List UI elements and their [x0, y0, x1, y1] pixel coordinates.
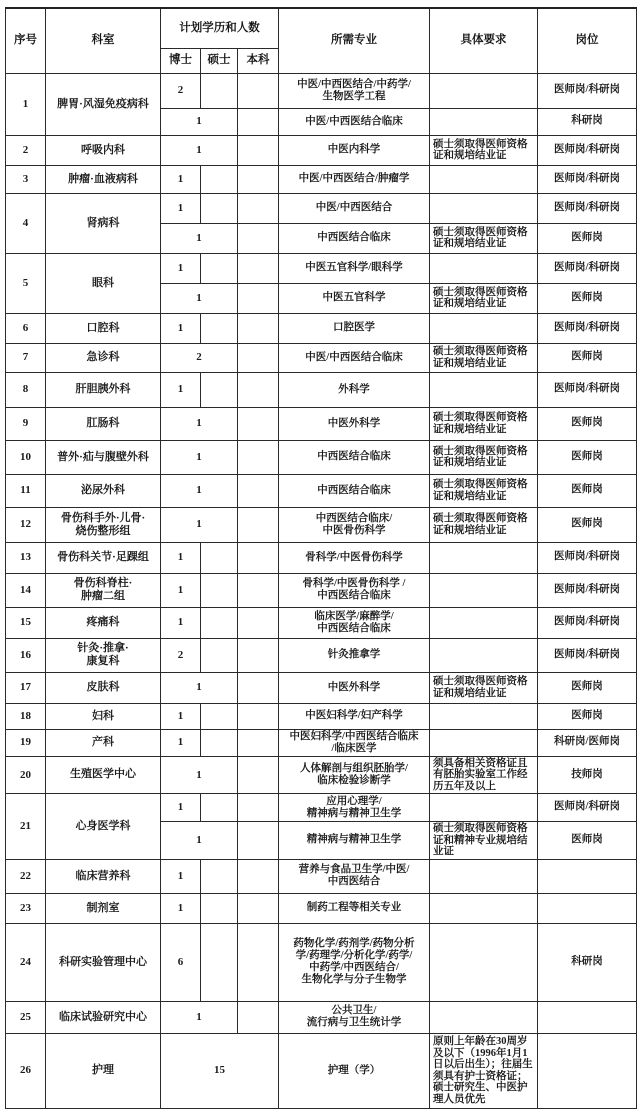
cell-count-phd-ms: 1: [161, 108, 238, 135]
table-row: 10普外·疝与腹壁外科1中西医结合临床硕士须取得医师资格证和规培结业证医师岗: [6, 440, 637, 474]
header-post: 岗位: [538, 8, 637, 73]
cell-serial: 6: [6, 313, 46, 343]
cell-count-bs: [238, 573, 279, 607]
cell-post: 医师岗/科研岗: [538, 253, 637, 283]
cell-count-bs: [238, 343, 279, 372]
cell-post: 技师岗: [538, 756, 637, 794]
cell-major: 临床医学/麻醉学/ 中西医结合临床: [279, 607, 430, 638]
cell-requirement: [430, 893, 538, 923]
cell-count-bs: [238, 1001, 279, 1033]
cell-count-bs: [238, 729, 279, 756]
cell-post: 医师岗/科研岗: [538, 193, 637, 223]
cell-count-ms: [201, 193, 238, 223]
cell-serial: 25: [6, 1001, 46, 1033]
cell-count-phd-ms: 1: [161, 474, 238, 507]
cell-major: 人体解剖与组织胚胎学/ 临床检验诊断学: [279, 756, 430, 794]
cell-major: 中医外科学: [279, 407, 430, 440]
cell-post: [538, 1001, 637, 1033]
cell-requirement: [430, 108, 538, 135]
table-row: 20生殖医学中心1人体解剖与组织胚胎学/ 临床检验诊断学须具备相关资格证且有胚胎…: [6, 756, 637, 794]
cell-post: [538, 859, 637, 893]
cell-count-bs: [238, 108, 279, 135]
cell-count-ms: [201, 542, 238, 573]
cell-post: 医师岗/科研岗: [538, 135, 637, 165]
header-bs: 本科: [238, 48, 279, 73]
table-row: 17皮肤科1中医外科学硕士须取得医师资格证和规培结业证医师岗: [6, 672, 637, 703]
cell-count-bs: [238, 638, 279, 672]
cell-serial: 20: [6, 756, 46, 794]
cell-count-phd-ms: 1: [161, 223, 238, 253]
cell-department: 心身医学科: [46, 794, 161, 860]
cell-requirement: [430, 729, 538, 756]
recruitment-table: 序号 科室 计划学历和人数 所需专业 具体要求 岗位 博士 硕士 本科 1脾胃·…: [5, 7, 637, 1109]
cell-major: 中医妇科学/妇产科学: [279, 703, 430, 729]
cell-count-ms: [201, 607, 238, 638]
cell-post: 医师岗: [538, 407, 637, 440]
cell-requirement: [430, 193, 538, 223]
cell-post: 医师岗/科研岗: [538, 313, 637, 343]
cell-serial: 17: [6, 672, 46, 703]
cell-major: 中医/中西医结合/中药学/ 生物医学工程: [279, 73, 430, 108]
cell-post: 医师岗/科研岗: [538, 372, 637, 407]
cell-serial: 11: [6, 474, 46, 507]
cell-major: 中西医结合临床: [279, 223, 430, 253]
cell-count-bs: [238, 283, 279, 313]
cell-count-phd-ms: 1: [161, 440, 238, 474]
cell-major: 精神病与精神卫生学: [279, 822, 430, 860]
cell-post: 医师岗/科研岗: [538, 607, 637, 638]
cell-count-bs: [238, 135, 279, 165]
cell-count-bs: [238, 407, 279, 440]
cell-requirement: 硕士须取得医师资格证和规培结业证: [430, 672, 538, 703]
cell-count-phd-ms: 2: [161, 343, 238, 372]
cell-count-phd: 1: [161, 729, 201, 756]
header-department: 科室: [46, 8, 161, 73]
cell-major: 制药工程等相关专业: [279, 893, 430, 923]
cell-count-phd: 1: [161, 542, 201, 573]
cell-department: 产科: [46, 729, 161, 756]
cell-post: 医师岗: [538, 703, 637, 729]
header-major: 所需专业: [279, 8, 430, 73]
cell-count-bs: [238, 372, 279, 407]
cell-department: 生殖医学中心: [46, 756, 161, 794]
cell-requirement: 硕士须取得医师资格证和规培结业证: [430, 440, 538, 474]
cell-count-phd: 1: [161, 313, 201, 343]
table-row: 9肛肠科1中医外科学硕士须取得医师资格证和规培结业证医师岗: [6, 407, 637, 440]
cell-serial: 7: [6, 343, 46, 372]
cell-requirement: 硕士须取得医师资格证和规培结业证: [430, 507, 538, 542]
cell-department: 肛肠科: [46, 407, 161, 440]
cell-requirement: [430, 638, 538, 672]
cell-department: 口腔科: [46, 313, 161, 343]
cell-requirement: [430, 607, 538, 638]
cell-count-phd: 1: [161, 372, 201, 407]
cell-major: 公共卫生/ 流行病与卫生统计学: [279, 1001, 430, 1033]
cell-serial: 14: [6, 573, 46, 607]
cell-post: 医师岗: [538, 672, 637, 703]
table-row: 3肿瘤·血液病科1中医/中西医结合/肿瘤学医师岗/科研岗: [6, 165, 637, 193]
table-row: 15疼痛科1临床医学/麻醉学/ 中西医结合临床医师岗/科研岗: [6, 607, 637, 638]
cell-department: 骨伤科脊柱· 肿瘤二组: [46, 573, 161, 607]
cell-major: 中西医结合临床: [279, 474, 430, 507]
cell-requirement: 硕士须取得医师资格证和规培结业证: [430, 343, 538, 372]
cell-department: 泌尿外科: [46, 474, 161, 507]
cell-requirement: 硕士须取得医师资格证和规培结业证: [430, 283, 538, 313]
cell-major: 护理（学）: [279, 1033, 430, 1108]
cell-department: 临床营养科: [46, 859, 161, 893]
table-row: 2呼吸内科1中医内科学硕士须取得医师资格证和规培结业证医师岗/科研岗: [6, 135, 637, 165]
cell-count-phd: 1: [161, 893, 201, 923]
cell-count-phd-ms: 1: [161, 407, 238, 440]
cell-post: 医师岗: [538, 440, 637, 474]
cell-major: 口腔医学: [279, 313, 430, 343]
table-row: 7急诊科2中医/中西医结合临床硕士须取得医师资格证和规培结业证医师岗: [6, 343, 637, 372]
cell-count-ms: [201, 859, 238, 893]
cell-department: 皮肤科: [46, 672, 161, 703]
table-row: 25临床试验研究中心1公共卫生/ 流行病与卫生统计学: [6, 1001, 637, 1033]
table-header: 序号 科室 计划学历和人数 所需专业 具体要求 岗位 博士 硕士 本科: [6, 8, 637, 73]
cell-major: 中医/中西医结合: [279, 193, 430, 223]
cell-count-bs: [238, 165, 279, 193]
cell-serial: 21: [6, 794, 46, 860]
table-row: 19产科1中医妇科学/中西医结合临床 /临床医学科研岗/医师岗: [6, 729, 637, 756]
cell-major: 针灸推拿学: [279, 638, 430, 672]
cell-requirement: [430, 573, 538, 607]
cell-requirement: [430, 794, 538, 822]
header-serial: 序号: [6, 8, 46, 73]
cell-requirement: [430, 253, 538, 283]
table-body: 1脾胃·风湿免疫病科2中医/中西医结合/中药学/ 生物医学工程医师岗/科研岗1中…: [6, 73, 637, 1108]
cell-major: 中医五官科学/眼科学: [279, 253, 430, 283]
cell-count-bs: [238, 703, 279, 729]
cell-post: 科研岗: [538, 108, 637, 135]
cell-requirement: [430, 372, 538, 407]
table-row: 1脾胃·风湿免疫病科2中医/中西医结合/中药学/ 生物医学工程医师岗/科研岗: [6, 73, 637, 108]
cell-post: 医师岗: [538, 223, 637, 253]
cell-count-phd-ms: 1: [161, 822, 238, 860]
cell-department: 制剂室: [46, 893, 161, 923]
table-row: 13骨伤科关节·足踝组1骨科学/中医骨伤科学医师岗/科研岗: [6, 542, 637, 573]
cell-serial: 5: [6, 253, 46, 313]
cell-count-phd: 1: [161, 794, 201, 822]
cell-serial: 22: [6, 859, 46, 893]
recruitment-table-page: 序号 科室 计划学历和人数 所需专业 具体要求 岗位 博士 硕士 本科 1脾胃·…: [0, 0, 640, 1109]
table-row: 14骨伤科脊柱· 肿瘤二组1骨科学/中医骨伤科学 / 中西医结合临床医师岗/科研…: [6, 573, 637, 607]
cell-post: 医师岗: [538, 343, 637, 372]
cell-count-ms: [201, 703, 238, 729]
cell-count-ms: [201, 794, 238, 822]
cell-post: 科研岗/医师岗: [538, 729, 637, 756]
cell-post: 科研岗: [538, 923, 637, 1001]
table-row: 24科研实验管理中心6药物化学/药剂学/药物分析 学/药理学/分析化学/药学/ …: [6, 923, 637, 1001]
cell-post: 医师岗/科研岗: [538, 73, 637, 108]
cell-serial: 12: [6, 507, 46, 542]
cell-major: 外科学: [279, 372, 430, 407]
cell-requirement: [430, 165, 538, 193]
cell-post: [538, 1033, 637, 1108]
cell-department: 骨伤科手外·儿骨· 烧伤整形组: [46, 507, 161, 542]
cell-count-bs: [238, 822, 279, 860]
cell-post: 医师岗/科研岗: [538, 573, 637, 607]
cell-major: 中医五官科学: [279, 283, 430, 313]
cell-serial: 16: [6, 638, 46, 672]
cell-count-ms: [201, 573, 238, 607]
cell-count-phd: 1: [161, 193, 201, 223]
cell-serial: 10: [6, 440, 46, 474]
cell-serial: 2: [6, 135, 46, 165]
cell-count-bs: [238, 253, 279, 283]
cell-requirement: [430, 313, 538, 343]
cell-serial: 9: [6, 407, 46, 440]
cell-requirement: [430, 859, 538, 893]
cell-major: 中医妇科学/中西医结合临床 /临床医学: [279, 729, 430, 756]
table-row: 5眼科1中医五官科学/眼科学医师岗/科研岗: [6, 253, 637, 283]
cell-count-phd-ms: 1: [161, 507, 238, 542]
cell-count-bs: [238, 893, 279, 923]
cell-department: 护理: [46, 1033, 161, 1108]
cell-requirement: [430, 703, 538, 729]
cell-department: 肝胆胰外科: [46, 372, 161, 407]
table-row: 21心身医学科1应用心理学/ 精神病与精神卫生学医师岗/科研岗: [6, 794, 637, 822]
table-row: 16针灸·推拿· 康复科2针灸推拿学医师岗/科研岗: [6, 638, 637, 672]
cell-post: 医师岗/科研岗: [538, 794, 637, 822]
header-plan: 计划学历和人数: [161, 8, 279, 48]
cell-count-bs: [238, 923, 279, 1001]
cell-requirement: 硕士须取得医师资格证和规培结业证: [430, 474, 538, 507]
cell-count-bs: [238, 507, 279, 542]
cell-department: 骨伤科关节·足踝组: [46, 542, 161, 573]
cell-serial: 26: [6, 1033, 46, 1108]
cell-major: 中西医结合临床: [279, 440, 430, 474]
cell-count-bs: [238, 193, 279, 223]
cell-count-bs: [238, 440, 279, 474]
table-row: 4肾病科1中医/中西医结合医师岗/科研岗: [6, 193, 637, 223]
cell-count-phd: 1: [161, 703, 201, 729]
cell-serial: 8: [6, 372, 46, 407]
cell-count-ms: [201, 73, 238, 108]
cell-count-ms: [201, 165, 238, 193]
header-row-1: 序号 科室 计划学历和人数 所需专业 具体要求 岗位: [6, 8, 637, 48]
cell-requirement: 须具备相关资格证且有胚胎实验室工作经历五年及以上: [430, 756, 538, 794]
cell-major: 中医/中西医结合/肿瘤学: [279, 165, 430, 193]
cell-department: 脾胃·风湿免疫病科: [46, 73, 161, 135]
cell-count-ms: [201, 372, 238, 407]
cell-requirement: 硕士须取得医师资格证和规培结业证: [430, 223, 538, 253]
cell-department: 眼科: [46, 253, 161, 313]
cell-department: 普外·疝与腹壁外科: [46, 440, 161, 474]
cell-serial: 24: [6, 923, 46, 1001]
header-ms: 硕士: [201, 48, 238, 73]
cell-post: 医师岗: [538, 822, 637, 860]
cell-count-phd-ms: 1: [161, 672, 238, 703]
cell-post: 医师岗: [538, 474, 637, 507]
cell-serial: 1: [6, 73, 46, 135]
cell-count-bs: [238, 756, 279, 794]
table-row: 6口腔科1口腔医学医师岗/科研岗: [6, 313, 637, 343]
cell-serial: 18: [6, 703, 46, 729]
cell-major: 药物化学/药剂学/药物分析 学/药理学/分析化学/药学/ 中药学/中西医结合/ …: [279, 923, 430, 1001]
cell-count-phd-ms: 1: [161, 135, 238, 165]
cell-serial: 13: [6, 542, 46, 573]
cell-department: 针灸·推拿· 康复科: [46, 638, 161, 672]
table-row: 23制剂室1制药工程等相关专业: [6, 893, 637, 923]
cell-count-all: 15: [161, 1033, 279, 1108]
cell-requirement: 硕士须取得医师资格证和精神专业规培结业证: [430, 822, 538, 860]
table-row: 11泌尿外科1中西医结合临床硕士须取得医师资格证和规培结业证医师岗: [6, 474, 637, 507]
cell-department: 临床试验研究中心: [46, 1001, 161, 1033]
cell-serial: 15: [6, 607, 46, 638]
cell-serial: 19: [6, 729, 46, 756]
table-row: 22临床营养科1营养与食品卫生学/中医/ 中西医结合: [6, 859, 637, 893]
cell-serial: 3: [6, 165, 46, 193]
cell-post: [538, 893, 637, 923]
cell-count-bs: [238, 672, 279, 703]
cell-requirement: [430, 73, 538, 108]
cell-major: 中医内科学: [279, 135, 430, 165]
cell-major: 骨科学/中医骨伤科学 / 中西医结合临床: [279, 573, 430, 607]
cell-requirement: [430, 1001, 538, 1033]
cell-count-phd-ms: 1: [161, 1001, 238, 1033]
cell-count-phd: 2: [161, 638, 201, 672]
cell-count-phd: 6: [161, 923, 201, 1001]
cell-count-ms: [201, 923, 238, 1001]
cell-department: 妇科: [46, 703, 161, 729]
cell-requirement: [430, 923, 538, 1001]
cell-post: 医师岗/科研岗: [538, 638, 637, 672]
cell-count-ms: [201, 893, 238, 923]
cell-department: 急诊科: [46, 343, 161, 372]
cell-count-phd-ms: 1: [161, 756, 238, 794]
cell-count-ms: [201, 253, 238, 283]
table-row: 18妇科1中医妇科学/妇产科学医师岗: [6, 703, 637, 729]
cell-count-bs: [238, 223, 279, 253]
cell-department: 肾病科: [46, 193, 161, 253]
cell-count-ms: [201, 729, 238, 756]
cell-department: 肿瘤·血液病科: [46, 165, 161, 193]
cell-post: 医师岗/科研岗: [538, 542, 637, 573]
cell-major: 中医/中西医结合临床: [279, 108, 430, 135]
cell-major: 中医外科学: [279, 672, 430, 703]
cell-requirement: 原则上年龄在30周岁及以下（1996年1月1日以后出生）；往届生须具有护士资格证…: [430, 1033, 538, 1108]
cell-serial: 4: [6, 193, 46, 253]
cell-count-phd: 1: [161, 573, 201, 607]
cell-count-bs: [238, 542, 279, 573]
cell-count-phd: 1: [161, 859, 201, 893]
cell-count-phd: 1: [161, 607, 201, 638]
cell-major: 骨科学/中医骨伤科学: [279, 542, 430, 573]
cell-count-phd: 2: [161, 73, 201, 108]
table-row: 8肝胆胰外科1外科学医师岗/科研岗: [6, 372, 637, 407]
cell-department: 科研实验管理中心: [46, 923, 161, 1001]
cell-department: 疼痛科: [46, 607, 161, 638]
cell-count-ms: [201, 638, 238, 672]
table-row: 26护理15护理（学）原则上年龄在30周岁及以下（1996年1月1日以后出生）；…: [6, 1033, 637, 1108]
cell-requirement: [430, 542, 538, 573]
cell-major: 应用心理学/ 精神病与精神卫生学: [279, 794, 430, 822]
cell-count-ms: [201, 313, 238, 343]
table-row: 12骨伤科手外·儿骨· 烧伤整形组1中西医结合临床/ 中医骨伤科学硕士须取得医师…: [6, 507, 637, 542]
cell-serial: 23: [6, 893, 46, 923]
header-phd: 博士: [161, 48, 201, 73]
cell-major: 中医/中西医结合临床: [279, 343, 430, 372]
cell-requirement: 硕士须取得医师资格证和规培结业证: [430, 135, 538, 165]
cell-count-bs: [238, 794, 279, 822]
cell-count-bs: [238, 607, 279, 638]
cell-post: 医师岗: [538, 507, 637, 542]
cell-count-bs: [238, 313, 279, 343]
cell-count-phd: 1: [161, 253, 201, 283]
cell-major: 营养与食品卫生学/中医/ 中西医结合: [279, 859, 430, 893]
header-requirement: 具体要求: [430, 8, 538, 73]
cell-major: 中西医结合临床/ 中医骨伤科学: [279, 507, 430, 542]
cell-count-bs: [238, 474, 279, 507]
cell-requirement: 硕士须取得医师资格证和规培结业证: [430, 407, 538, 440]
cell-count-bs: [238, 73, 279, 108]
cell-count-phd-ms: 1: [161, 283, 238, 313]
cell-post: 医师岗: [538, 283, 637, 313]
cell-count-bs: [238, 859, 279, 893]
cell-post: 医师岗/科研岗: [538, 165, 637, 193]
cell-department: 呼吸内科: [46, 135, 161, 165]
cell-count-phd: 1: [161, 165, 201, 193]
